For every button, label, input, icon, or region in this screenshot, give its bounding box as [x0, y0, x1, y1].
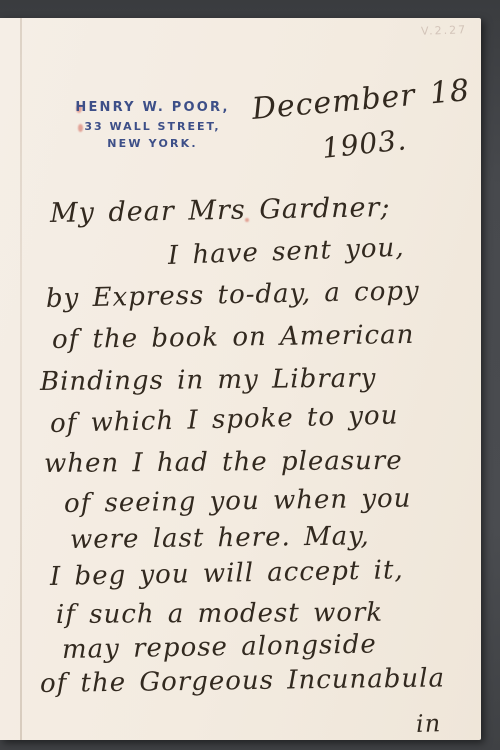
letter-line: Bindings in my Library: [40, 363, 377, 397]
letterhead: HENRY W. POOR, 33 WALL STREET, NEW YORK.: [70, 100, 235, 150]
letter-line: were last here. May,: [70, 521, 370, 555]
date-month-day: December 18: [250, 73, 471, 127]
letter-line: of the book on American: [52, 320, 415, 355]
catalog-annotation: V.2.27: [421, 23, 468, 38]
salutation: My dear Mrs Gardner;: [50, 192, 391, 229]
letter-line: I have sent you,: [167, 233, 405, 271]
letter-line: of seeing you when you: [64, 484, 412, 519]
letterhead-city: NEW YORK.: [70, 137, 235, 150]
letter-line: of the Gorgeous Incunabula: [40, 663, 445, 699]
letter-line: by Express to-day, a copy: [46, 276, 420, 314]
date-year: 1903.: [320, 123, 408, 165]
letter-page: V.2.27 HENRY W. POOR, 33 WALL STREET, NE…: [0, 18, 481, 740]
letter-line: I beg you will accept it,: [50, 555, 404, 592]
letter-line: if such a modest work: [56, 598, 383, 630]
letter-line: of which I spoke to you: [50, 400, 399, 439]
letterhead-street: 33 WALL STREET,: [70, 120, 235, 133]
letterhead-name: HENRY W. POOR,: [70, 100, 235, 115]
catchword: in: [416, 709, 442, 738]
fold-crease: [20, 18, 22, 740]
letter-line: when I had the pleasure: [44, 446, 403, 479]
letter-photograph: V.2.27 HENRY W. POOR, 33 WALL STREET, NE…: [0, 0, 500, 750]
letter-line: may repose alongside: [62, 630, 377, 665]
